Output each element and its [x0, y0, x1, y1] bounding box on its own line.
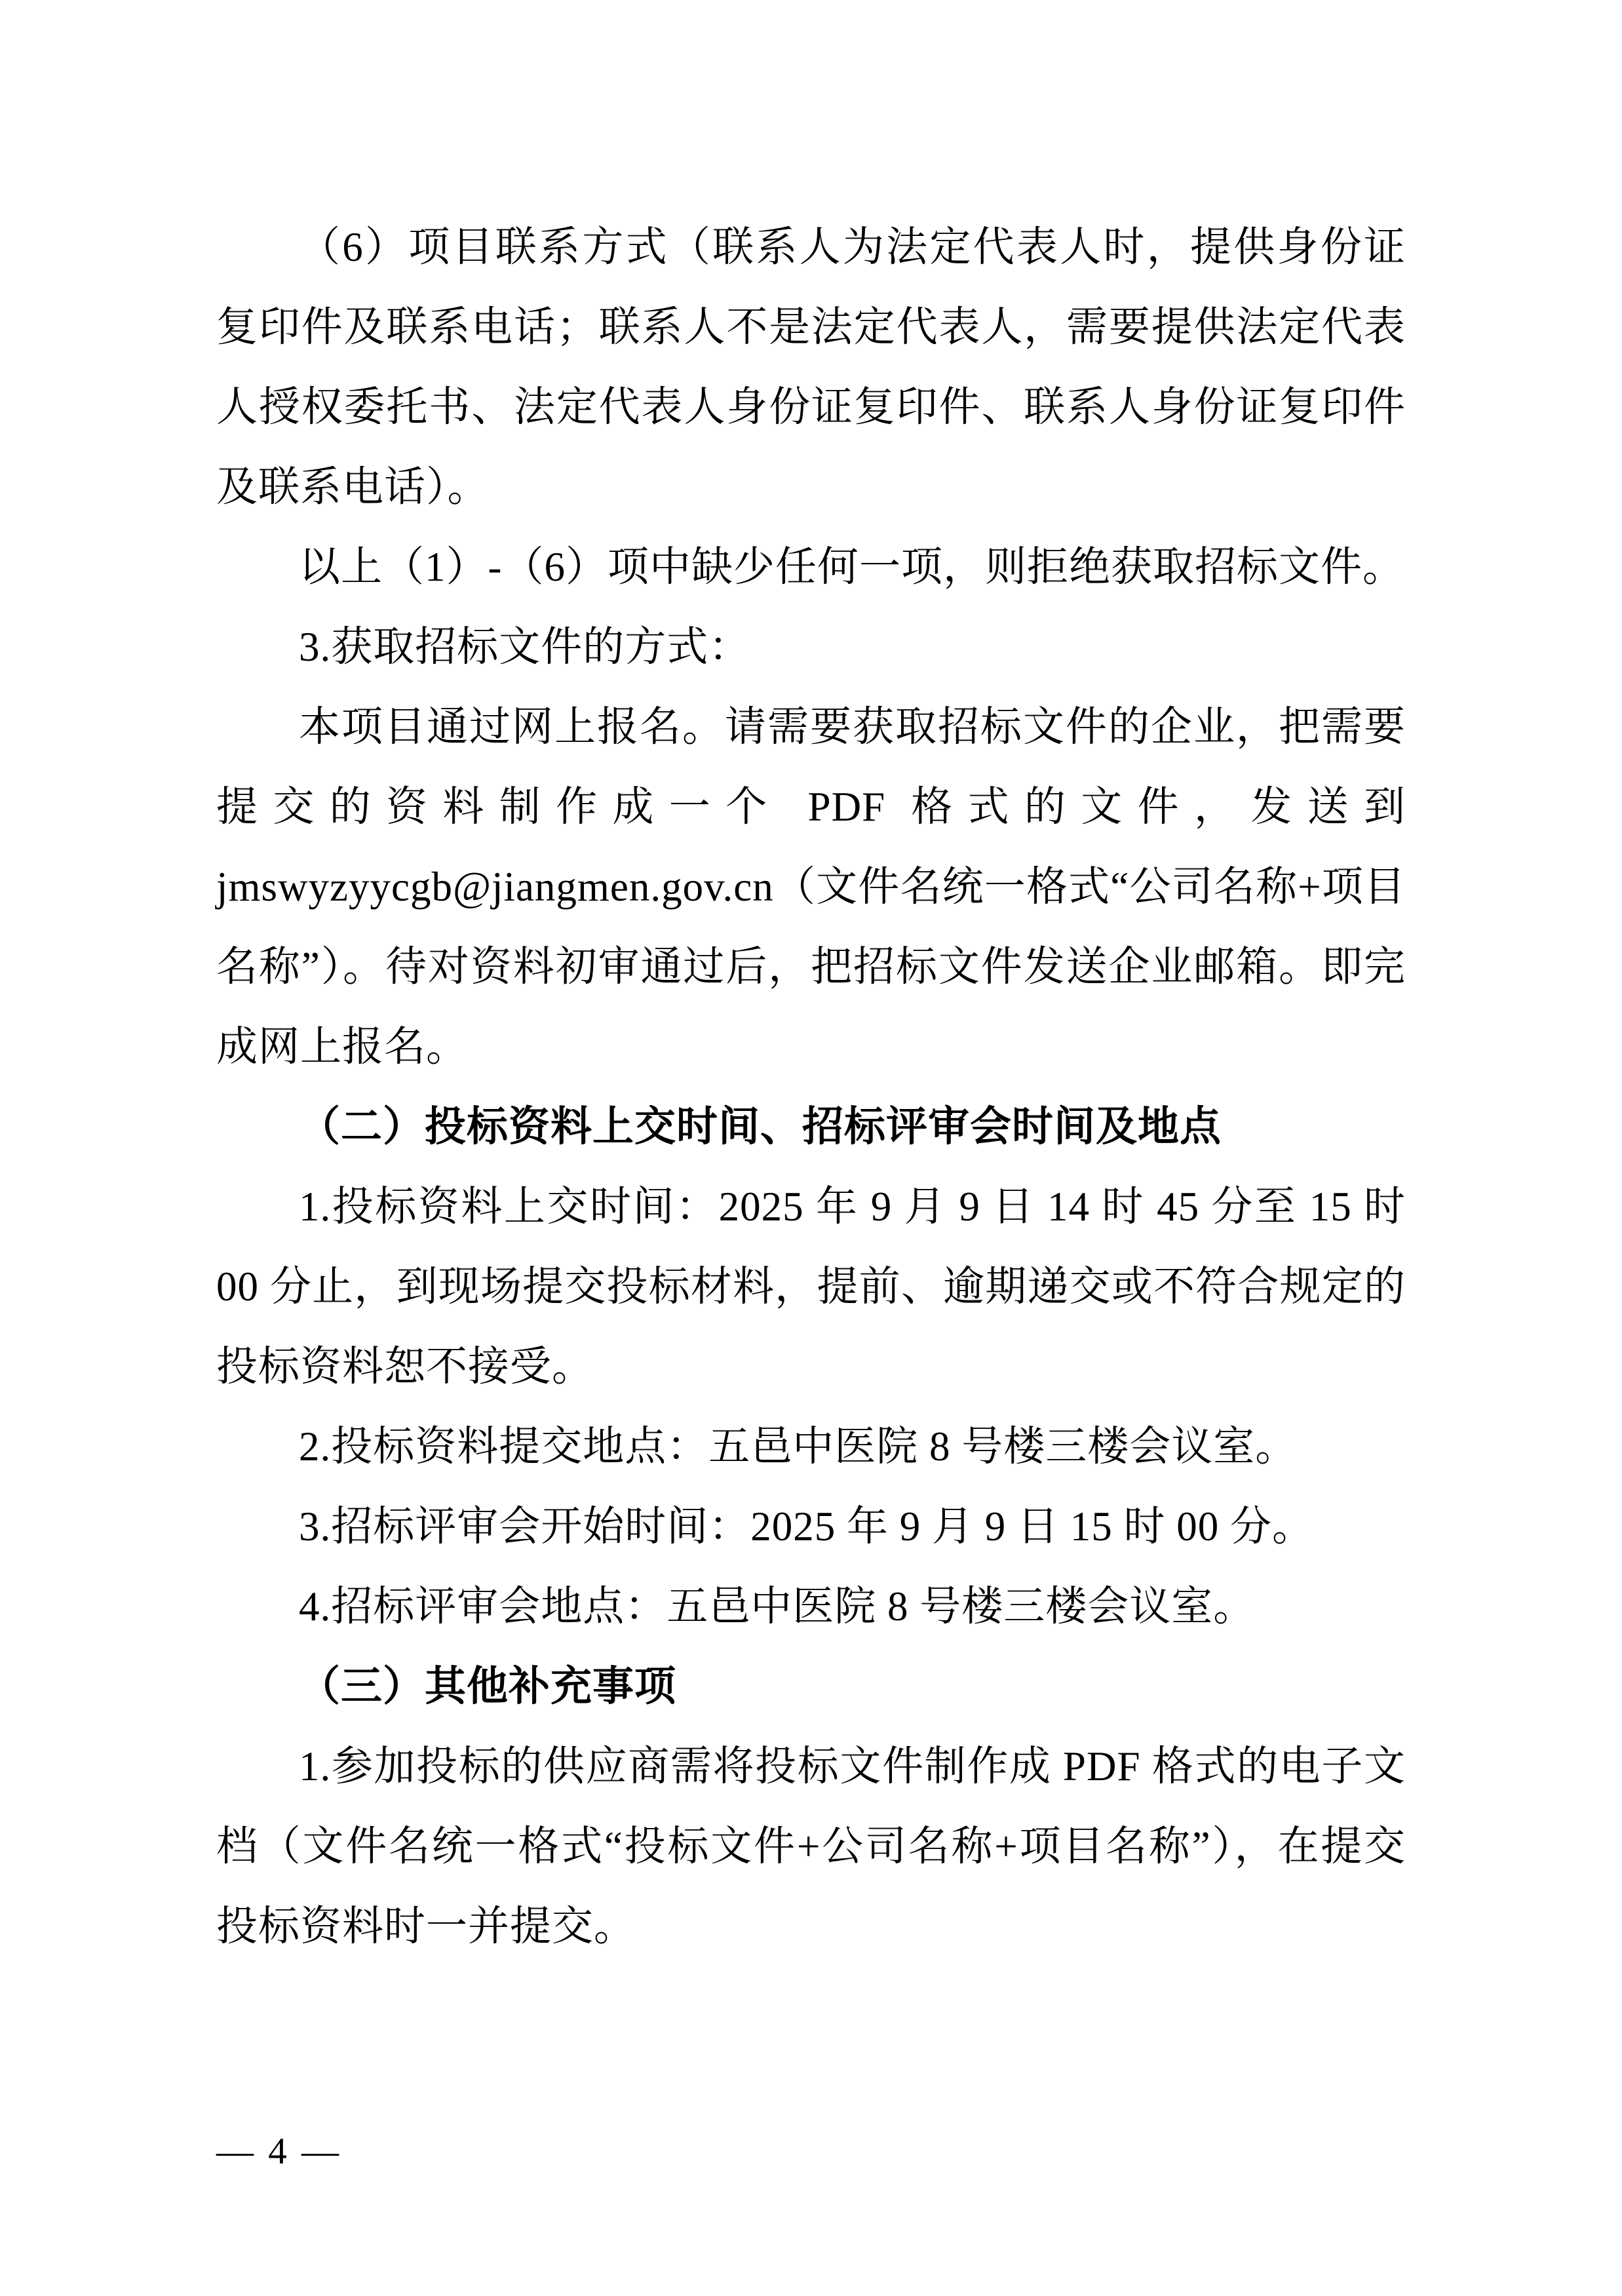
paragraph-review-start-time: 3.招标评审会开始时间：2025 年 9 月 9 日 15 时 00 分。 — [216, 1487, 1406, 1566]
paragraph-supplementary-item-1: 1.参加投标的供应商需将投标文件制作成 PDF 格式的电子文档（文件名统一格式“… — [216, 1726, 1406, 1966]
section-heading-2: （二）投标资料上交时间、招标评审会时间及地点 — [216, 1087, 1406, 1167]
paragraph-missing-item-rule: 以上（1）-（6）项中缺少任何一项，则拒绝获取招标文件。 — [216, 527, 1406, 607]
section-heading-3: （三）其他补充事项 — [216, 1646, 1406, 1726]
paragraph-submission-location: 2.投标资料提交地点：五邑中医院 8 号楼三楼会议室。 — [216, 1407, 1406, 1487]
paragraph-submission-time: 1.投标资料上交时间：2025 年 9 月 9 日 14 时 45 分至 15 … — [216, 1167, 1406, 1407]
document-page: （6）项目联系方式（联系人为法定代表人时，提供身份证复印件及联系电话；联系人不是… — [0, 0, 1622, 2296]
paragraph-review-location: 4.招标评审会地点：五邑中医院 8 号楼三楼会议室。 — [216, 1566, 1406, 1646]
paragraph-contact-method: （6）项目联系方式（联系人为法定代表人时，提供身份证复印件及联系电话；联系人不是… — [216, 207, 1406, 527]
paragraph-online-registration: 本项目通过网上报名。请需要获取招标文件的企业，把需要提交的资料制作成一个 PDF… — [216, 687, 1406, 1087]
paragraph-obtain-method-title: 3.获取招标文件的方式： — [216, 607, 1406, 687]
page-number: — 4 — — [216, 2129, 341, 2175]
document-body: （6）项目联系方式（联系人为法定代表人时，提供身份证复印件及联系电话；联系人不是… — [216, 207, 1406, 1966]
